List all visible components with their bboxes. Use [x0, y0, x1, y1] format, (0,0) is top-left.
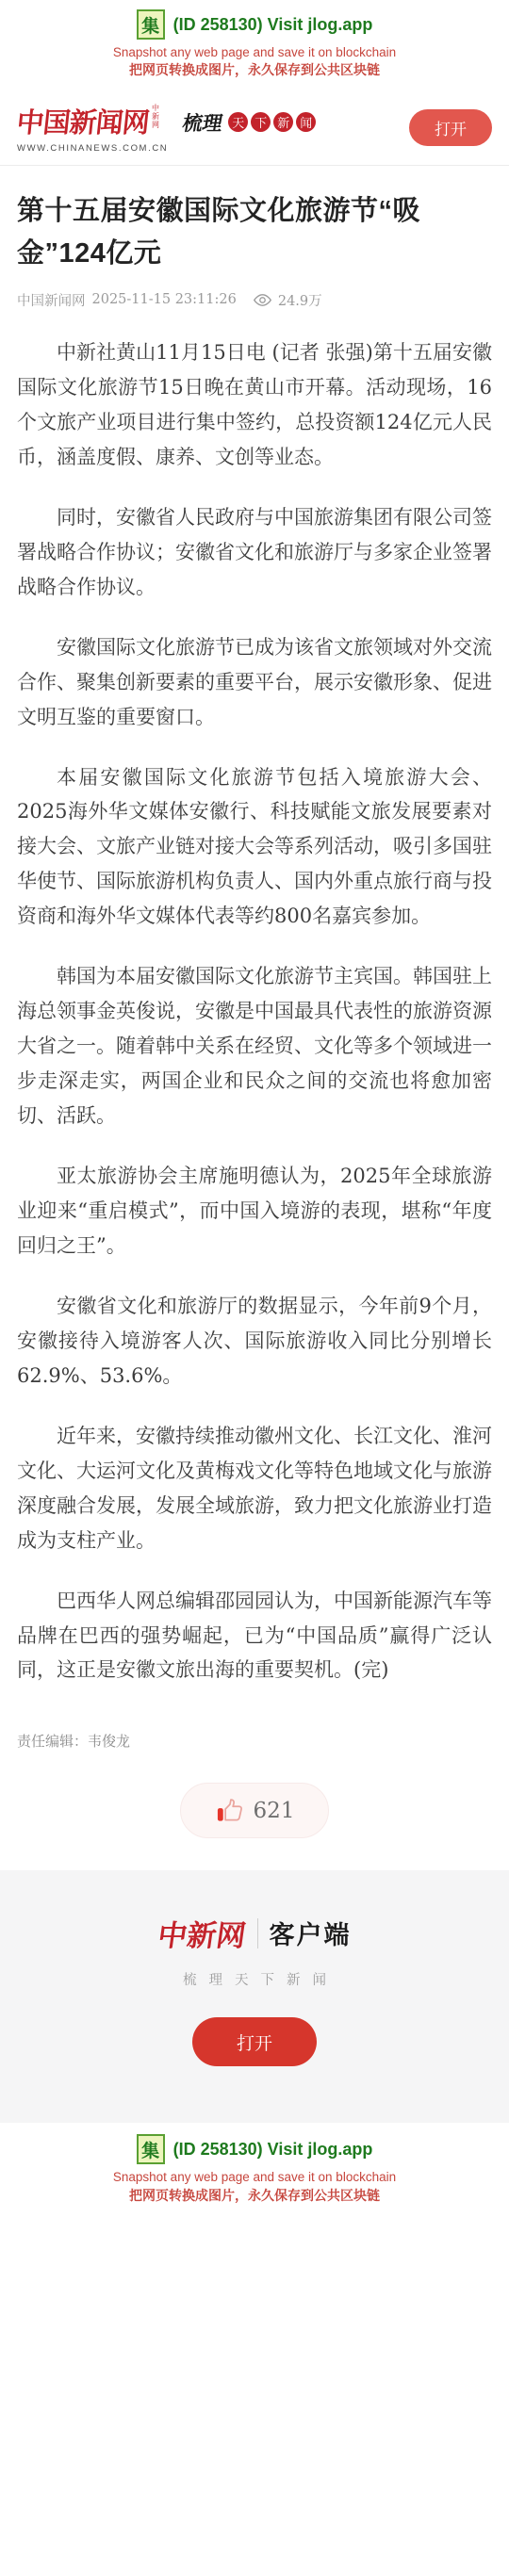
- eye-icon: [253, 293, 272, 307]
- slogan-char-circle: 新: [273, 112, 293, 132]
- slogan-char-circle: 天: [228, 112, 248, 132]
- article-paragraph: 巴西华人网总编辑邵园园认为，中国新能源汽车等品牌在巴西的强势崛起，已为“中国品质…: [17, 1584, 492, 1688]
- article-paragraph: 韩国为本届安徽国际文化旅游节主宾国。韩国驻上海总领事金英俊说，安徽是中国最具代表…: [17, 959, 492, 1133]
- slogan-char-circle: 闻: [296, 112, 316, 132]
- article-datetime: 2025-11-15 23:11:26: [92, 292, 237, 307]
- article-body: 中新社黄山11月15日电 (记者 张强)第十五届安徽国际文化旅游节15日晚在黄山…: [17, 335, 492, 1687]
- promo-subline-en: Snapshot any web page and save it on blo…: [0, 44, 509, 61]
- logo-stacked-chars: 中新网: [152, 104, 160, 130]
- editor-line: 责任编辑：韦俊龙: [17, 1731, 492, 1751]
- footer-slogan: 梳理天下新闻: [0, 1969, 509, 1989]
- header-slogan: 梳理 天 下 新 闻: [183, 108, 316, 137]
- footer-logo: 中新网 客户端: [0, 1912, 509, 1954]
- like-button[interactable]: 621: [180, 1783, 330, 1838]
- footer-logo-divider: [257, 1918, 258, 1948]
- article-title: 第十五届安徽国际文化旅游节“吸金”124亿元: [17, 190, 492, 275]
- article-paragraph: 本届安徽国际文化旅游节包括入境旅游大会、2025海外华文媒体安徽行、科技赋能文旅…: [17, 760, 492, 935]
- promo-subline-en: Snapshot any web page and save it on blo…: [0, 2169, 509, 2186]
- article-paragraph: 近年来，安徽持续推动徽州文化、长江文化、淮河文化、大运河文化及黄梅戏文化等特色地…: [17, 1419, 492, 1558]
- footer-logo-wordmark: 中新网: [155, 1912, 248, 1954]
- article-paragraph: 中新社黄山11月15日电 (记者 张强)第十五届安徽国际文化旅游节15日晚在黄山…: [17, 335, 492, 475]
- view-count: 24.9万: [278, 290, 322, 310]
- header-divider: [0, 165, 509, 166]
- article: 第十五届安徽国际文化旅游节“吸金”124亿元 中国新闻网 2025-11-15 …: [0, 190, 509, 1838]
- article-source: 中国新闻网: [17, 290, 86, 310]
- promo-banner-bottom[interactable]: 集 (ID 258130) Visit jlog.app Snapshot an…: [0, 2123, 509, 2217]
- open-app-button-top[interactable]: 打开: [409, 109, 492, 146]
- promo-banner-top[interactable]: 集 (ID 258130) Visit jlog.app Snapshot an…: [0, 0, 509, 87]
- jlog-badge-icon: 集: [137, 2134, 165, 2164]
- site-header: 中国新闻网 中新网 WWW.CHINANEWS.COM.CN 梳理 天 下 新 …: [0, 87, 509, 165]
- article-paragraph: 安徽国际文化旅游节已成为该省文旅领域对外交流合作、聚集创新要素的重要平台，展示安…: [17, 630, 492, 735]
- article-paragraph: 安徽省文化和旅游厅的数据显示，今年前9个月，安徽接待入境游客人次、国际旅游收入同…: [17, 1289, 492, 1394]
- open-app-button-bottom[interactable]: 打开: [192, 2017, 317, 2066]
- chinanews-logo[interactable]: 中国新闻网 中新网 WWW.CHINANEWS.COM.CN: [17, 102, 168, 154]
- article-paragraph: 同时，安徽省人民政府与中国旅游集团有限公司签署战略合作协议；安徽省文化和旅游厅与…: [17, 500, 492, 605]
- article-byline: 中国新闻网 2025-11-15 23:11:26 24.9万: [17, 290, 492, 310]
- promo-subline-zh: 把网页转换成图片，永久保存到公共区块链: [0, 61, 509, 79]
- promo-headline[interactable]: (ID 258130) Visit jlog.app: [173, 2140, 373, 2160]
- jlog-badge-icon: 集: [137, 9, 165, 40]
- slogan-char-circle: 下: [251, 112, 271, 132]
- like-count: 621: [254, 1799, 295, 1823]
- logo-wordmark: 中国新闻网: [15, 102, 151, 140]
- logo-url: WWW.CHINANEWS.COM.CN: [17, 143, 168, 154]
- footer-logo-client: 客户端: [270, 1915, 352, 1951]
- article-paragraph: 亚太旅游协会主席施明德认为，2025年全球旅游业迎来“重启模式”，而中国入境游的…: [17, 1159, 492, 1264]
- promo-subline-zh: 把网页转换成图片，永久保存到公共区块链: [0, 2187, 509, 2205]
- promo-headline[interactable]: (ID 258130) Visit jlog.app: [173, 15, 373, 35]
- app-footer: 中新网 客户端 梳理天下新闻 打开: [0, 1870, 509, 2123]
- slogan-prefix: 梳理: [181, 108, 225, 137]
- thumbs-up-icon: [215, 1796, 244, 1825]
